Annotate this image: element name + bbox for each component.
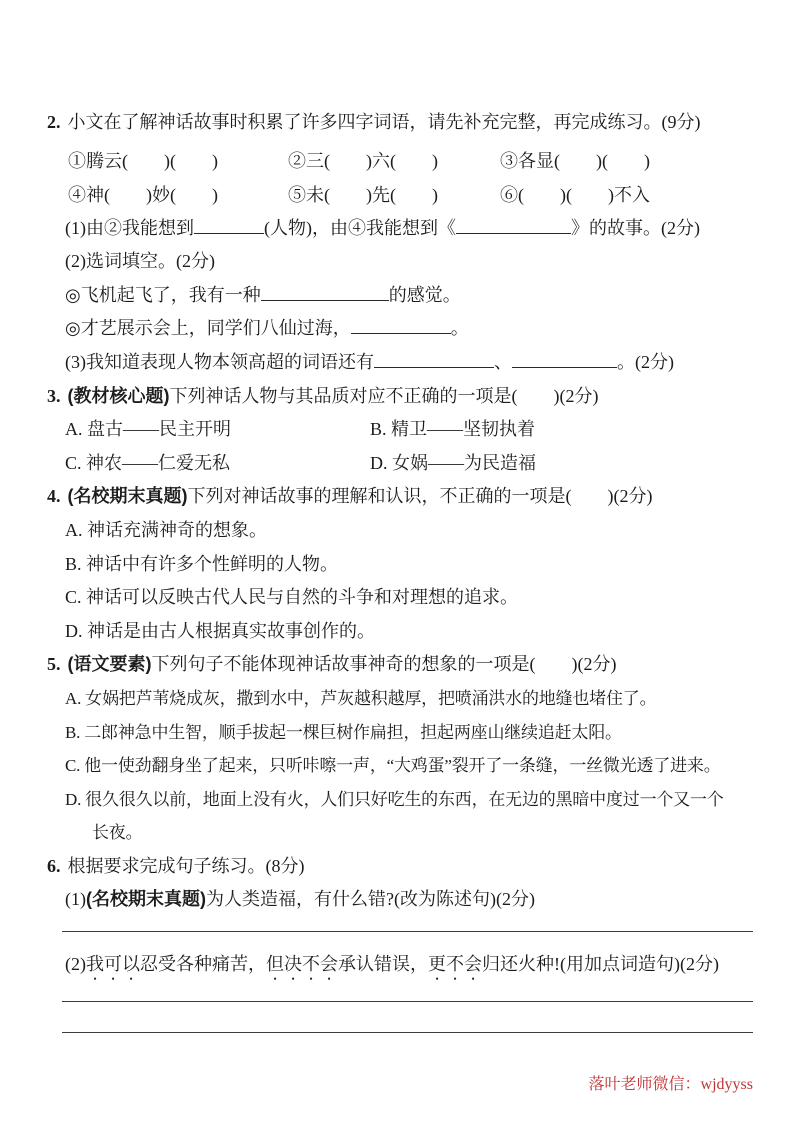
sub-question-label: (2) <box>65 954 86 974</box>
question-number: 2. <box>47 112 68 132</box>
option-item: D. 很久很久以前，地面上没有火，人们只好吃生的东西，在无边的黑暗中度过一个又一… <box>65 783 753 817</box>
idiom-item: ④神( )妙( ) <box>68 178 288 212</box>
sub-question-text: (人物)，由④我能想到《 <box>264 218 456 238</box>
footer-wechat-note: 落叶老师微信：wjdyyss <box>47 1075 753 1095</box>
bold-tag: (教材核心题) <box>68 386 170 406</box>
answer-blank <box>351 317 451 334</box>
sub-question-instruction: (改为陈述句)(2分) <box>394 889 535 909</box>
quoted-sentence: 归还火种! <box>482 954 560 974</box>
option-item: A. 神话充满神奇的想象。 <box>65 514 753 548</box>
sub-question-text: 》的故事。(2分) <box>571 218 700 238</box>
fill-sentence-text: 。 <box>451 318 469 338</box>
question-number: 5. <box>47 654 68 674</box>
option-item: C. 神农——仁爱无私 <box>65 447 370 481</box>
option-item: A. 盘古——民主开明 <box>65 413 370 447</box>
question-2-header: 2.小文在了解神话故事时积累了许多四字词语，请先补充完整，再完成练习。(9分) <box>47 106 753 140</box>
quoted-sentence: 为人类造福，有什么错? <box>206 889 394 909</box>
sub-question-text: 。(2分) <box>617 352 674 372</box>
quoted-sentence: 忍受各种痛苦， <box>140 954 266 974</box>
option-item: C. 他一使劲翻身坐了起来，只听咔嚓一声，“大鸡蛋”裂开了一条缝，一丝微光透了进… <box>65 749 753 783</box>
answer-blank <box>194 217 264 234</box>
emphasized-word: 更不会 <box>428 954 482 974</box>
sub-question-6-2: (2)我可以忍受各种痛苦，但决不会承认错误，更不会归还火种!(用加点词造句)(2… <box>65 948 753 984</box>
question-3-header: 3.(教材核心题)下列神话人物与其品质对应不正确的一项是( )(2分) <box>47 380 753 414</box>
question-3: 3.(教材核心题)下列神话人物与其品质对应不正确的一项是( )(2分) A. 盘… <box>47 380 753 481</box>
bold-tag: (语文要素) <box>68 654 152 674</box>
question-title: 根据要求完成句子练习。(8分) <box>68 856 305 876</box>
fill-sentence-a: ◎飞机起飞了，我有一种的感觉。 <box>65 279 753 313</box>
question-4: 4.(名校期末真题)下列对神话故事的理解和认识，不正确的一项是( )(2分) A… <box>47 480 753 648</box>
worksheet-page: 2.小文在了解神话故事时积累了许多四字词语，请先补充完整，再完成练习。(9分) … <box>0 0 793 1122</box>
sub-question-2-1: (1)由②我能想到(人物)，由④我能想到《》的故事。(2分) <box>65 212 753 246</box>
emphasized-word: 我可以 <box>86 954 140 974</box>
option-item: B. 神话中有许多个性鲜明的人物。 <box>65 548 753 582</box>
fill-sentence-text: ◎才艺展示会上，同学们八仙过海， <box>65 318 351 338</box>
fill-sentence-text: 的感觉。 <box>389 285 461 305</box>
idiom-item: ⑤未( )先( ) <box>288 178 500 212</box>
question-6-header: 6.根据要求完成句子练习。(8分) <box>47 850 753 884</box>
question-number: 3. <box>47 386 68 406</box>
sub-question-label: (1) <box>65 889 86 909</box>
option-item: C. 神话可以反映古代人民与自然的斗争和对理想的追求。 <box>65 581 753 615</box>
sub-question-2-3: (3)我知道表现人物本领高超的词语还有、。(2分) <box>65 346 753 380</box>
option-item: D. 神话是由古人根据真实故事创作的。 <box>65 615 753 649</box>
question-title: 下列句子不能体现神话故事神奇的想象的一项是( )(2分) <box>152 654 617 674</box>
question-5-header: 5.(语文要素)下列句子不能体现神话故事神奇的想象的一项是( )(2分) <box>47 648 753 682</box>
worksheet-content: 2.小文在了解神话故事时积累了许多四字词语，请先补充完整，再完成练习。(9分) … <box>0 0 793 1095</box>
answer-blank <box>374 351 494 368</box>
answer-blank <box>512 351 617 368</box>
answer-rule <box>62 931 753 932</box>
fill-sentence-text: ◎飞机起飞了，我有一种 <box>65 285 261 305</box>
option-item-continuation: 长夜。 <box>92 816 753 850</box>
question-2: 2.小文在了解神话故事时积累了许多四字词语，请先补充完整，再完成练习。(9分) … <box>47 106 753 380</box>
answer-rule <box>62 1032 753 1033</box>
question-title: 小文在了解神话故事时积累了许多四字词语，请先补充完整，再完成练习。(9分) <box>68 112 701 132</box>
sub-question-text: (3)我知道表现人物本领高超的词语还有 <box>65 352 374 372</box>
answer-blank <box>456 217 571 234</box>
question-number: 6. <box>47 856 68 876</box>
idiom-item: ①腾云( )( ) <box>68 144 288 178</box>
idiom-item: ②三( )六( ) <box>288 144 500 178</box>
emphasized-word: 但决不会 <box>266 954 338 974</box>
bold-tag: (名校期末真题) <box>68 486 188 506</box>
option-item: B. 精卫——坚韧执着 <box>370 413 753 447</box>
sub-question-text: 、 <box>494 352 512 372</box>
bold-tag: (名校期末真题) <box>86 889 206 909</box>
options-grid: A. 盘古——民主开明 B. 精卫——坚韧执着 C. 神农——仁爱无私 D. 女… <box>65 413 753 480</box>
idiom-item: ③各显( )( ) <box>500 144 753 178</box>
answer-blank <box>261 284 389 301</box>
question-5: 5.(语文要素)下列句子不能体现神话故事神奇的想象的一项是( )(2分) A. … <box>47 648 753 850</box>
sub-question-text: (2)选词填空。(2分) <box>65 251 215 271</box>
idiom-item: ⑥( )( )不入 <box>500 178 753 212</box>
question-4-header: 4.(名校期末真题)下列对神话故事的理解和认识，不正确的一项是( )(2分) <box>47 480 753 514</box>
option-item: D. 女娲——为民造福 <box>370 447 753 481</box>
sub-question-6-1: (1)(名校期末真题)为人类造福，有什么错?(改为陈述句)(2分) <box>65 883 753 917</box>
idiom-fill-grid: ①腾云( )( ) ②三( )六( ) ③各显( )( ) ④神( )妙( ) … <box>68 144 753 212</box>
quoted-sentence: 承认错误， <box>338 954 428 974</box>
question-title: 下列对神话故事的理解和认识，不正确的一项是( )(2分) <box>188 486 653 506</box>
question-6: 6.根据要求完成句子练习。(8分) (1)(名校期末真题)为人类造福，有什么错?… <box>47 850 753 1033</box>
question-number: 4. <box>47 486 68 506</box>
option-item: B. 二郎神急中生智，顺手拔起一棵巨树作扁担，担起两座山继续追赶太阳。 <box>65 716 753 750</box>
question-title: 下列神话人物与其品质对应不正确的一项是( )(2分) <box>170 386 599 406</box>
answer-rule <box>62 1001 753 1002</box>
option-item: A. 女娲把芦苇烧成灰，撒到水中，芦灰越积越厚，把喷涌洪水的地缝也堵住了。 <box>65 682 753 716</box>
sub-question-2-2: (2)选词填空。(2分) <box>65 245 753 279</box>
sub-question-text: (1)由②我能想到 <box>65 218 194 238</box>
sub-question-instruction: (用加点词造句)(2分) <box>560 954 719 974</box>
fill-sentence-b: ◎才艺展示会上，同学们八仙过海，。 <box>65 312 753 346</box>
